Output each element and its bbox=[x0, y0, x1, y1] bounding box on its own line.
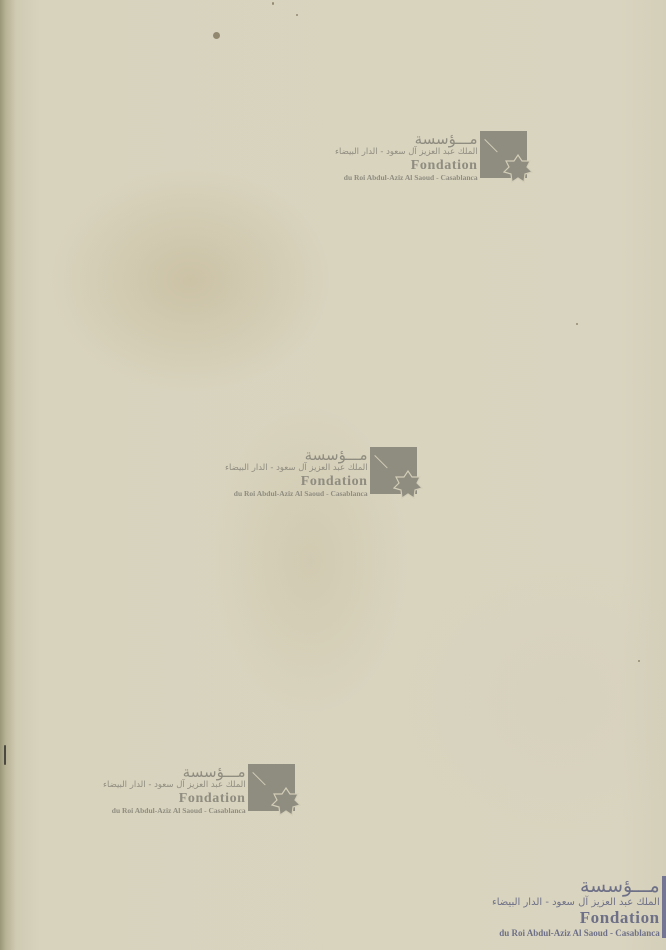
speck bbox=[296, 14, 298, 16]
watermark-french-subtitle: du Roi Abdul-Aziz Al Saoud - Casablanca bbox=[499, 927, 660, 939]
octagram-star-logo-icon bbox=[662, 876, 666, 938]
octagram-star-logo-icon bbox=[248, 764, 295, 811]
watermark-arabic-title: مـــؤسسة bbox=[183, 764, 246, 780]
stain-spot bbox=[213, 32, 220, 39]
watermark-arabic-subtitle: الملك عبد العزيز آل سعود - الدار البيضاء bbox=[225, 463, 368, 474]
watermark: مـــؤسسة الملك عبد العزيز آل سعود - الدا… bbox=[103, 764, 295, 816]
watermark-text: مـــؤسسة الملك عبد العزيز آل سعود - الدا… bbox=[492, 876, 660, 939]
watermark-french-subtitle: du Roi Abdul-Aziz Al Saoud - Casablanca bbox=[234, 489, 368, 499]
speck bbox=[576, 323, 578, 325]
octagram-star-logo-icon bbox=[480, 131, 527, 178]
watermark-arabic-subtitle: الملك عبد العزيز آل سعود - الدار البيضاء bbox=[335, 147, 478, 158]
watermark-french-subtitle: du Roi Abdul-Aziz Al Saoud - Casablanca bbox=[344, 173, 478, 183]
watermark-french-subtitle: du Roi Abdul-Aziz Al Saoud - Casablanca bbox=[112, 806, 246, 816]
watermark-arabic-subtitle: الملك عبد العزيز آل سعود - الدار البيضاء bbox=[103, 780, 246, 791]
watermark-french-title: Fondation bbox=[580, 909, 660, 927]
watermark-text: مـــؤسسة الملك عبد العزيز آل سعود - الدا… bbox=[225, 447, 368, 499]
watermark-arabic-title: مـــؤسسة bbox=[580, 876, 660, 896]
watermark-color: مـــؤسسة الملك عبد العزيز آل سعود - الدا… bbox=[492, 876, 666, 939]
binding-mark bbox=[4, 745, 6, 765]
speck bbox=[638, 660, 640, 662]
watermark-arabic-title: مـــؤسسة bbox=[305, 447, 368, 463]
watermark-text: مـــؤسسة الملك عبد العزيز آل سعود - الدا… bbox=[335, 131, 478, 183]
watermark-french-title: Fondation bbox=[411, 158, 478, 173]
watermark: مـــؤسسة الملك عبد العزيز آل سعود - الدا… bbox=[335, 131, 527, 183]
watermark-text: مـــؤسسة الملك عبد العزيز آل سعود - الدا… bbox=[103, 764, 246, 816]
watermark-french-title: Fondation bbox=[179, 791, 246, 806]
watermark-french-title: Fondation bbox=[301, 474, 368, 489]
speck bbox=[272, 2, 274, 5]
watermark: مـــؤسسة الملك عبد العزيز آل سعود - الدا… bbox=[225, 447, 417, 499]
octagram-star-logo-icon bbox=[370, 447, 417, 494]
watermark-arabic-title: مـــؤسسة bbox=[415, 131, 478, 147]
